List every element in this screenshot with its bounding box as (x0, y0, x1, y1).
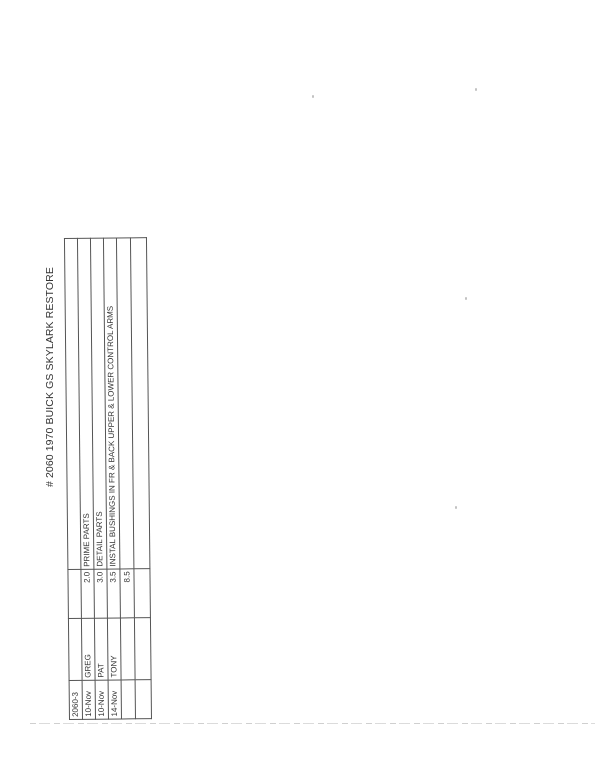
cell-hours (134, 569, 151, 618)
cell-date: 10-Nov (95, 680, 108, 719)
cell-name (68, 618, 82, 680)
cell-date: 14-Nov (108, 680, 121, 719)
cell-name (134, 618, 151, 680)
cell-date (121, 680, 135, 719)
cell-date: 10-Nov (82, 680, 95, 719)
work-log-table-container: 2060-3 10-Nov GREG 2.0 PRIME PARTS 10-No… (64, 237, 152, 720)
scan-speck (475, 88, 477, 91)
cell-hours: 3.0 (94, 569, 108, 618)
scan-artifact-line (30, 723, 595, 724)
cell-hours (68, 569, 82, 618)
cell-name: PAT (94, 618, 108, 680)
cell-date: 2060-3 (69, 680, 82, 719)
work-log-table: 2060-3 10-Nov GREG 2.0 PRIME PARTS 10-No… (64, 237, 152, 720)
cell-name (120, 618, 135, 680)
cell-hours: 3.5 (107, 569, 121, 618)
cell-name: TONY (107, 618, 121, 680)
cell-name: GREG (81, 618, 95, 680)
scan-speck (312, 95, 314, 98)
cell-hours: 2.0 (81, 569, 95, 618)
scan-speck (465, 297, 467, 300)
cell-total-hours: 8.5 (120, 569, 135, 618)
document-title: # 2060 1970 BUICK GS SKYLARK RESTORE (44, 267, 56, 487)
scan-speck (455, 506, 457, 509)
cell-description (130, 238, 149, 569)
cell-date (135, 680, 151, 719)
